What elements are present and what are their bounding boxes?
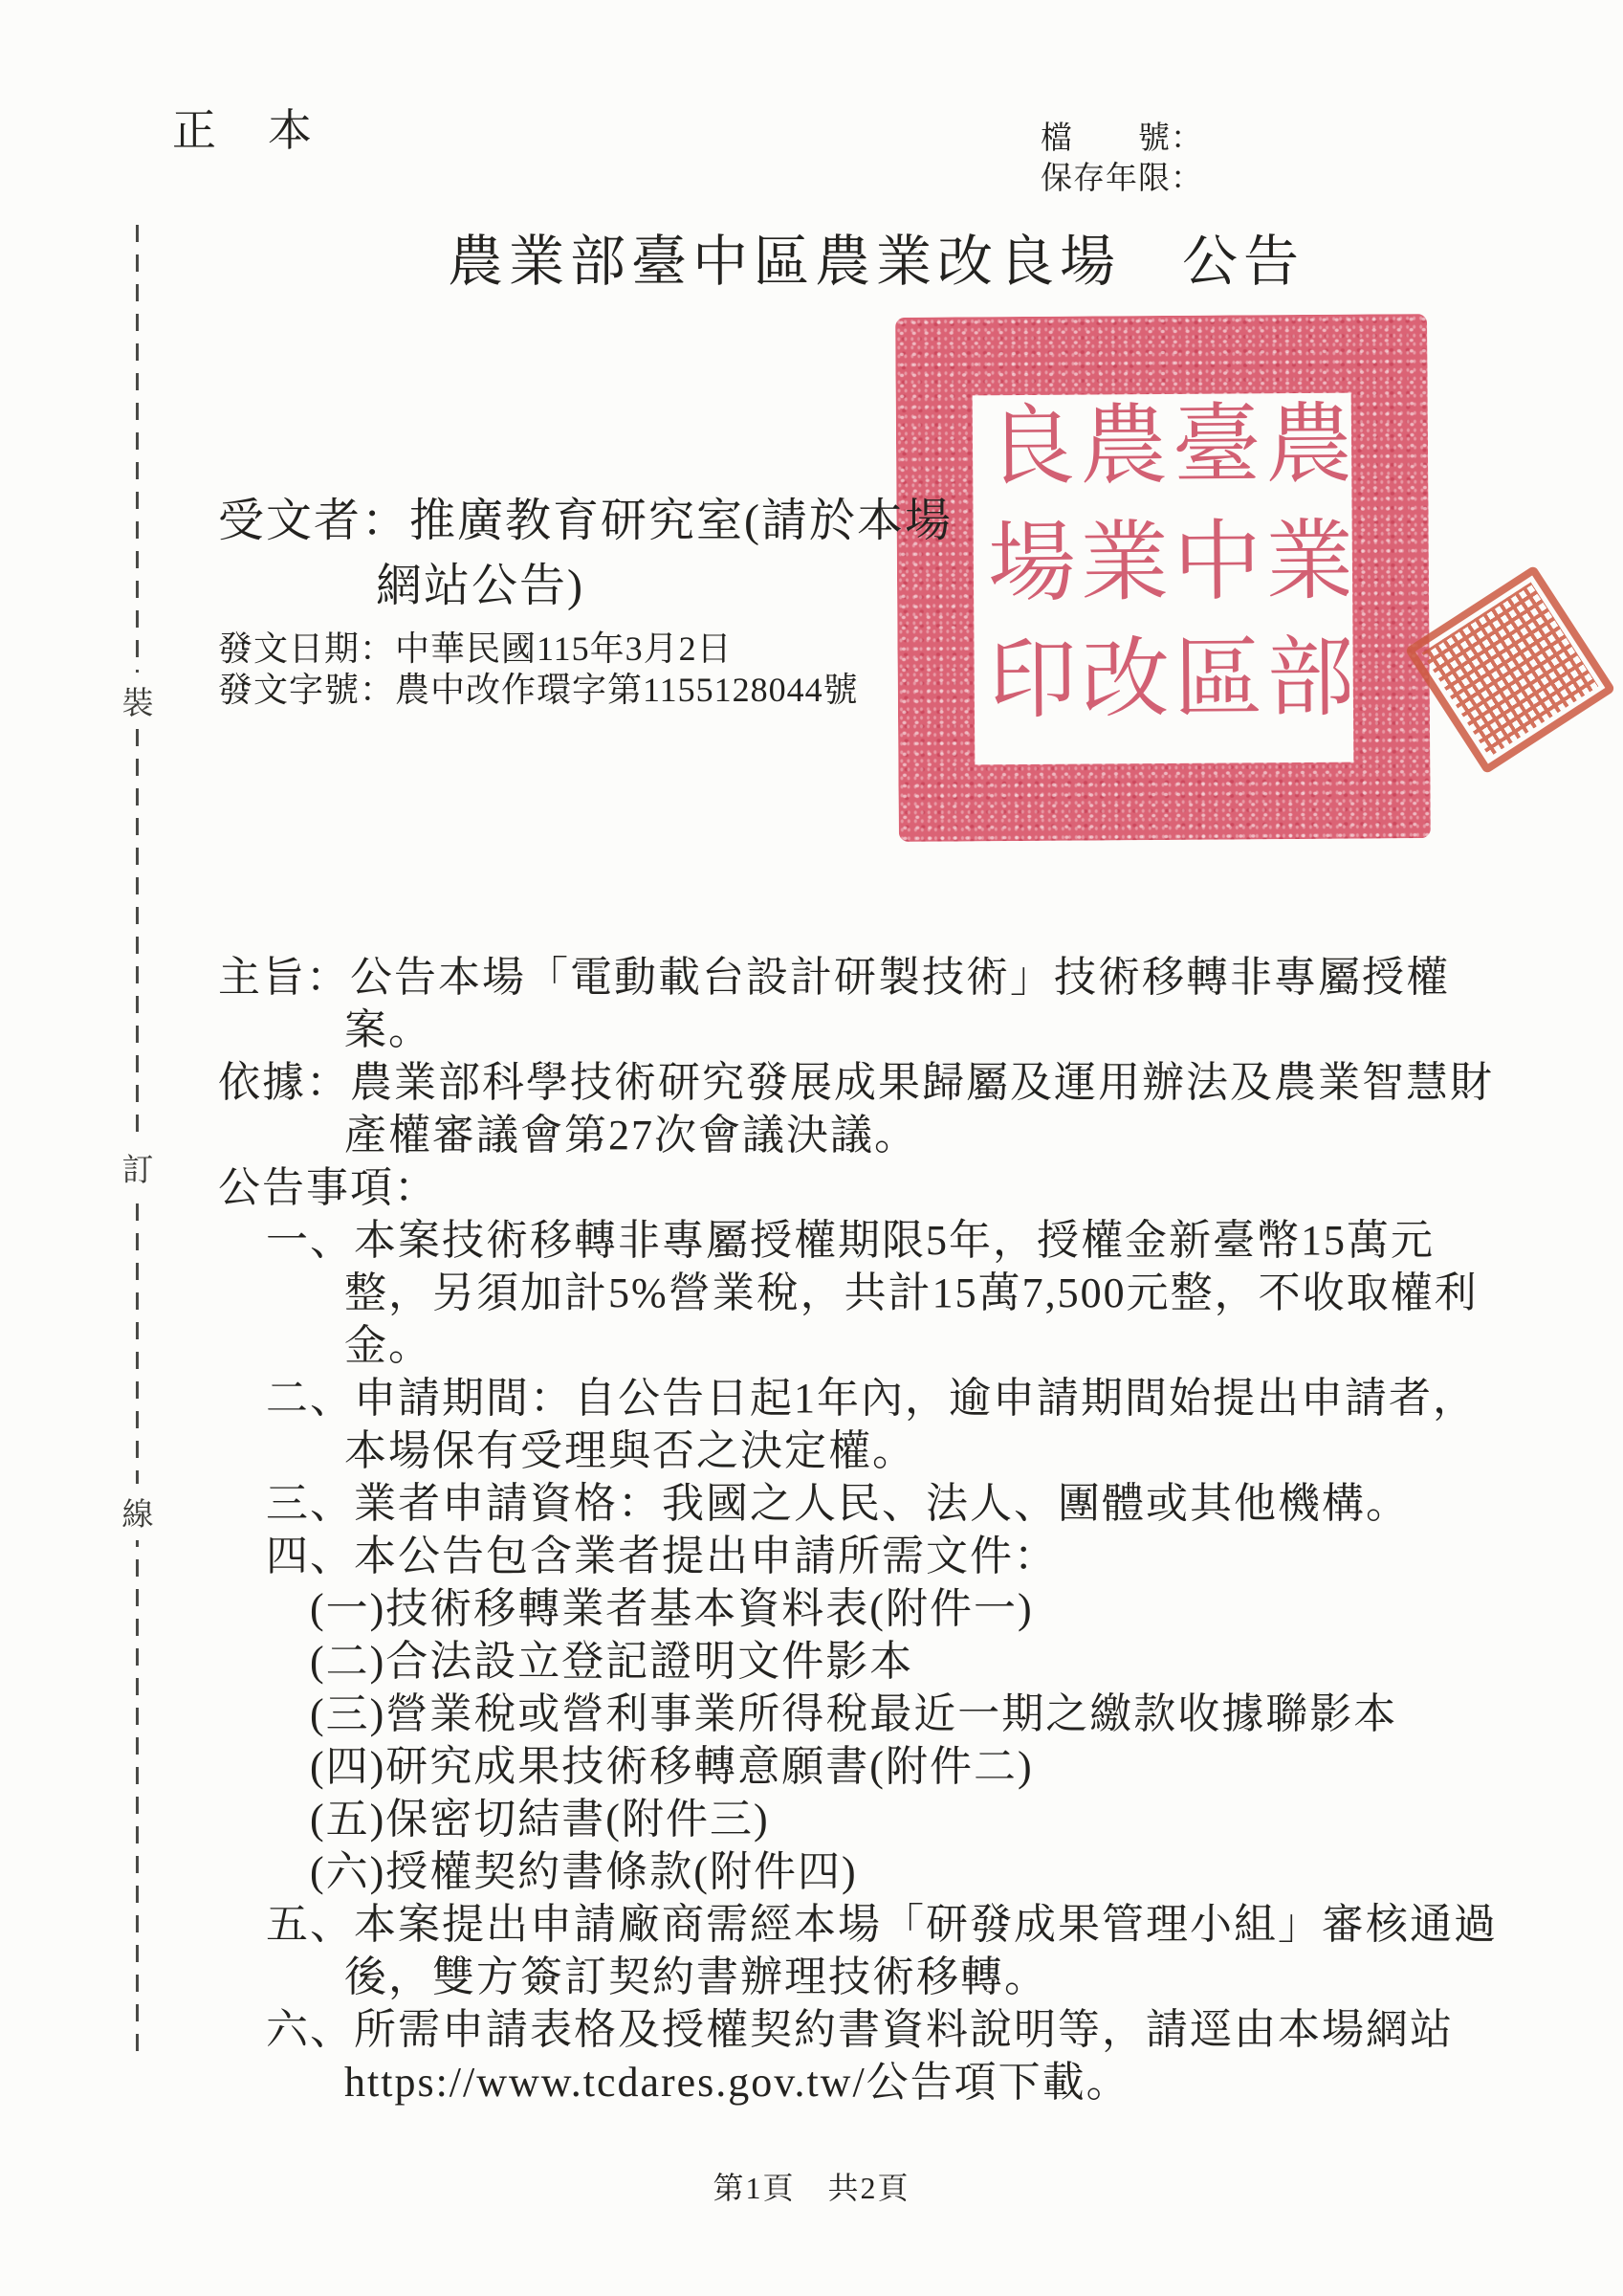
document-title: 農業部臺中區農業改良場 公告 [448,216,1305,297]
official-seal-text: 農業部臺中區農業改良場印 [976,397,1350,762]
recipient-line-2: 網站公告) [376,548,584,614]
copy-type-label: 正 本 [172,96,316,159]
document-page: 正 本 檔 號： 保存年限： 農業部臺中區農業改良場 公告 農業部臺中區農業改良… [0,0,1623,2296]
file-number-label: 檔 號： [1041,119,1203,159]
body-line: 整，另須加計5%營業稅，共計15萬7,500元整，不收取權利 [344,1258,1479,1319]
body-line: https://www.tcdares.gov.tw/公告項下載。 [344,2047,1130,2108]
small-seal [1405,564,1616,774]
binding-mark: 訂 [121,1139,155,1196]
recipient-line-1: 受文者：推廣教育研究室(請於本場 [218,483,953,549]
binding-mark: 裝 [121,673,155,729]
binding-mark: 線 [121,1484,155,1540]
official-seal-inner: 農業部臺中區農業改良場印 [973,393,1354,765]
file-header: 檔 號： 保存年限： [1041,119,1203,199]
issue-number: 發文字號：農中改作環字第1155128044號 [218,663,859,712]
official-seal: 農業部臺中區農業改良場印 [895,314,1431,842]
footer-page-number: 第1頁 共2頁 [0,2164,1623,2208]
retention-period-label: 保存年限： [1041,159,1203,199]
